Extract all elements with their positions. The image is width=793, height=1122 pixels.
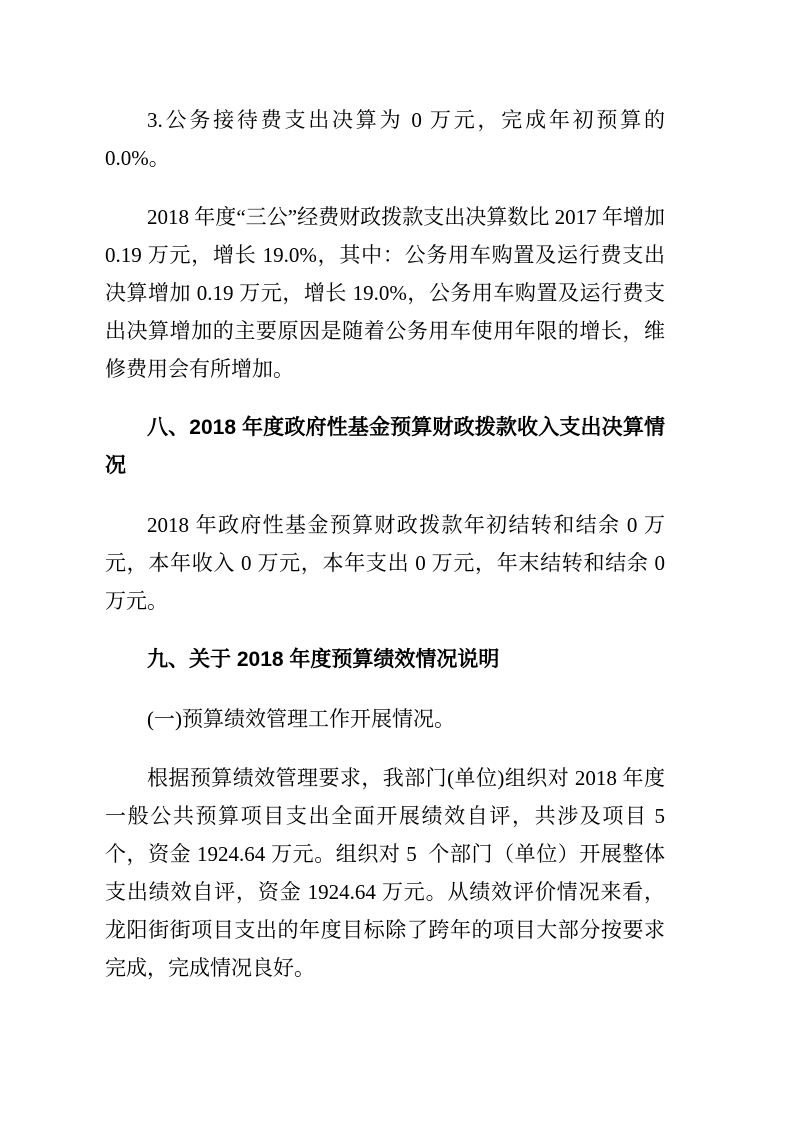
paragraph-gov-fund-budget: 2018 年政府性基金预算财政拨款年初结转和结余 0 万元，本年收入 0 万元，… <box>105 506 665 620</box>
paragraph-performance-detail: 根据预算绩效管理要求，我部门(单位)组织对 2018 年度一般公共预算项目支出全… <box>105 759 665 987</box>
paragraph-reception-expense: 3.公务接待费支出决算为 0 万元，完成年初预算的 0.0%。 <box>105 101 665 177</box>
paragraph-three-public-comparison: 2018 年度“三公”经费财政拨款支出决算数比 2017 年增加 0.19 万元… <box>105 198 665 388</box>
heading-section-nine: 九、关于 2018 年度预算绩效情况说明 <box>105 641 665 679</box>
heading-section-eight: 八、2018 年度政府性基金预算财政拨款收入支出决算情况 <box>105 409 665 485</box>
document-page: 3.公务接待费支出决算为 0 万元，完成年初预算的 0.0%。 2018 年度“… <box>0 0 793 1122</box>
subheading-performance-management: (一)预算绩效管理工作开展情况。 <box>105 700 665 738</box>
